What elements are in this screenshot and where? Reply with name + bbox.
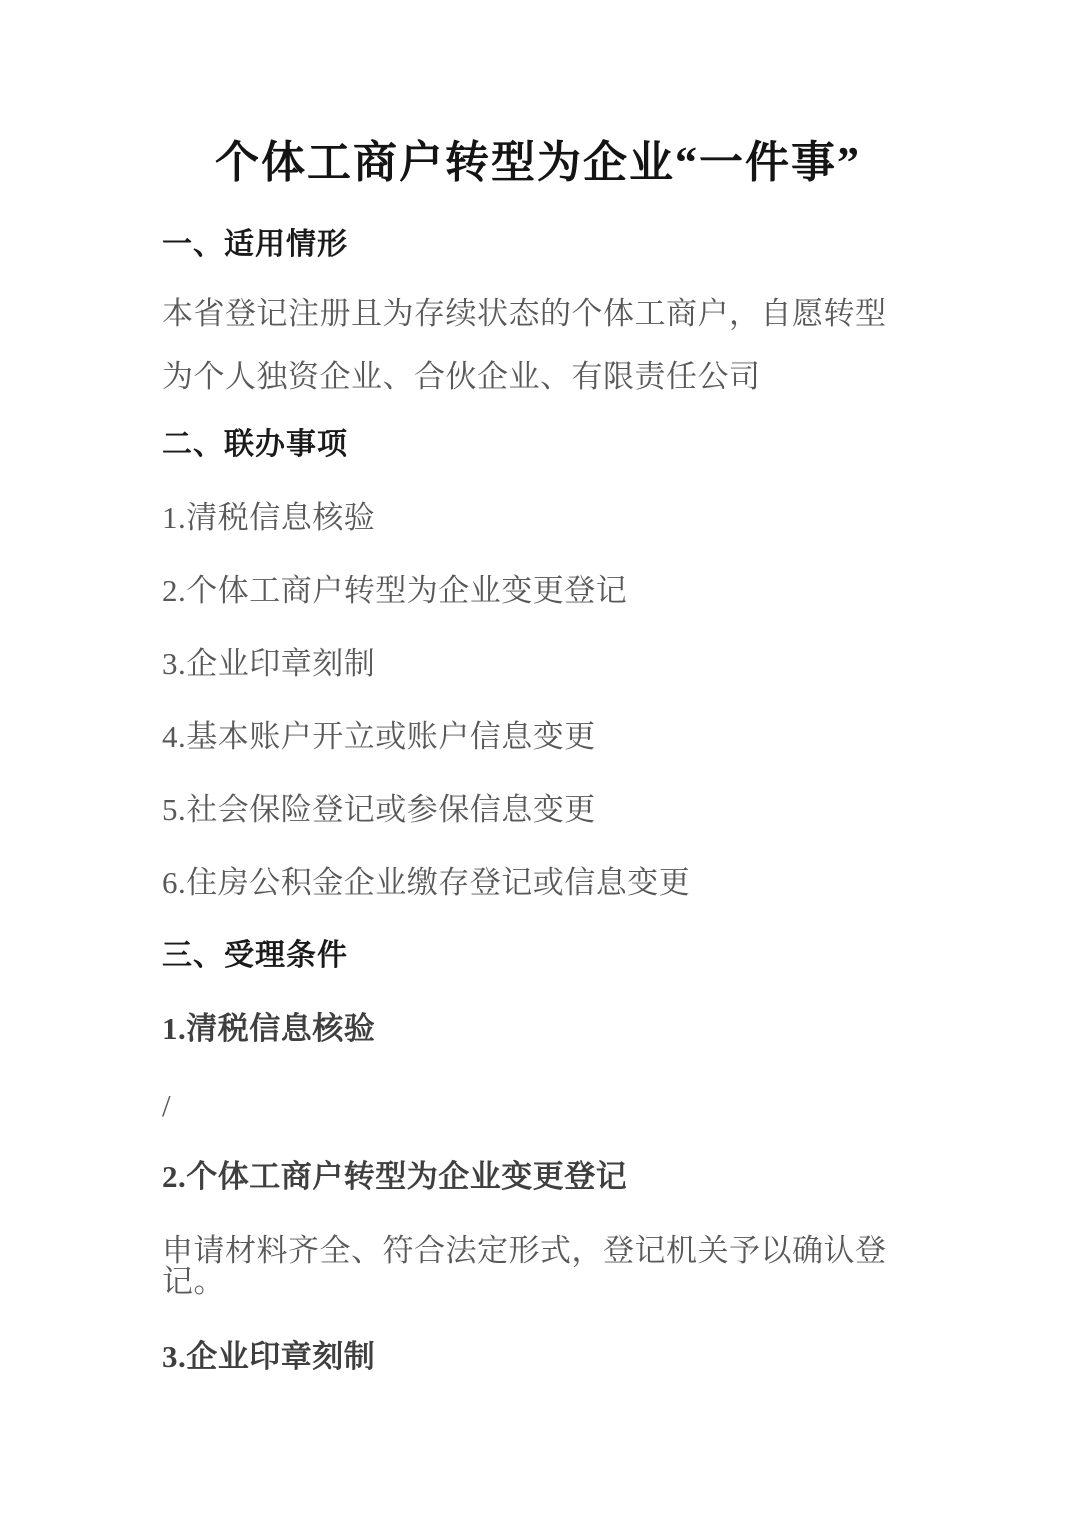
list-item: 6.住房公积金企业缴存登记或信息变更 [162, 867, 914, 898]
list-item: 5.社会保险登记或参保信息变更 [162, 794, 914, 825]
page-title: 个体工商户转型为企业“一件事” [162, 134, 914, 192]
section-heading-joint-matters: 二、联办事项 [162, 430, 914, 460]
subitem-body: / [162, 1090, 914, 1121]
list-item: 3.企业印章刻制 [162, 648, 914, 679]
list-item: 4.基本账户开立或账户信息变更 [162, 721, 914, 752]
list-item: 1.清税信息核验 [162, 502, 914, 533]
list-item: 2.个体工商户转型为企业变更登记 [162, 575, 914, 606]
subitem-heading: 3.企业印章刻制 [162, 1341, 914, 1372]
paragraph-applicable-situations: 本省登记注册且为存续状态的个体工商户，自愿转型为个人独资企业、合伙企业、有限责任… [162, 282, 914, 408]
subitem-body: 申请材料齐全、符合法定形式，登记机关予以确认登记。 [162, 1235, 914, 1297]
section-heading-applicable-situations: 一、适用情形 [162, 230, 914, 260]
subitem-heading: 1.清税信息核验 [162, 1013, 914, 1044]
section-heading-acceptance-conditions: 三、受理条件 [162, 941, 914, 971]
document-page: 个体工商户转型为企业“一件事” 一、适用情形 本省登记注册且为存续状态的个体工商… [0, 0, 1074, 1520]
subitem-heading: 2.个体工商户转型为企业变更登记 [162, 1161, 914, 1192]
